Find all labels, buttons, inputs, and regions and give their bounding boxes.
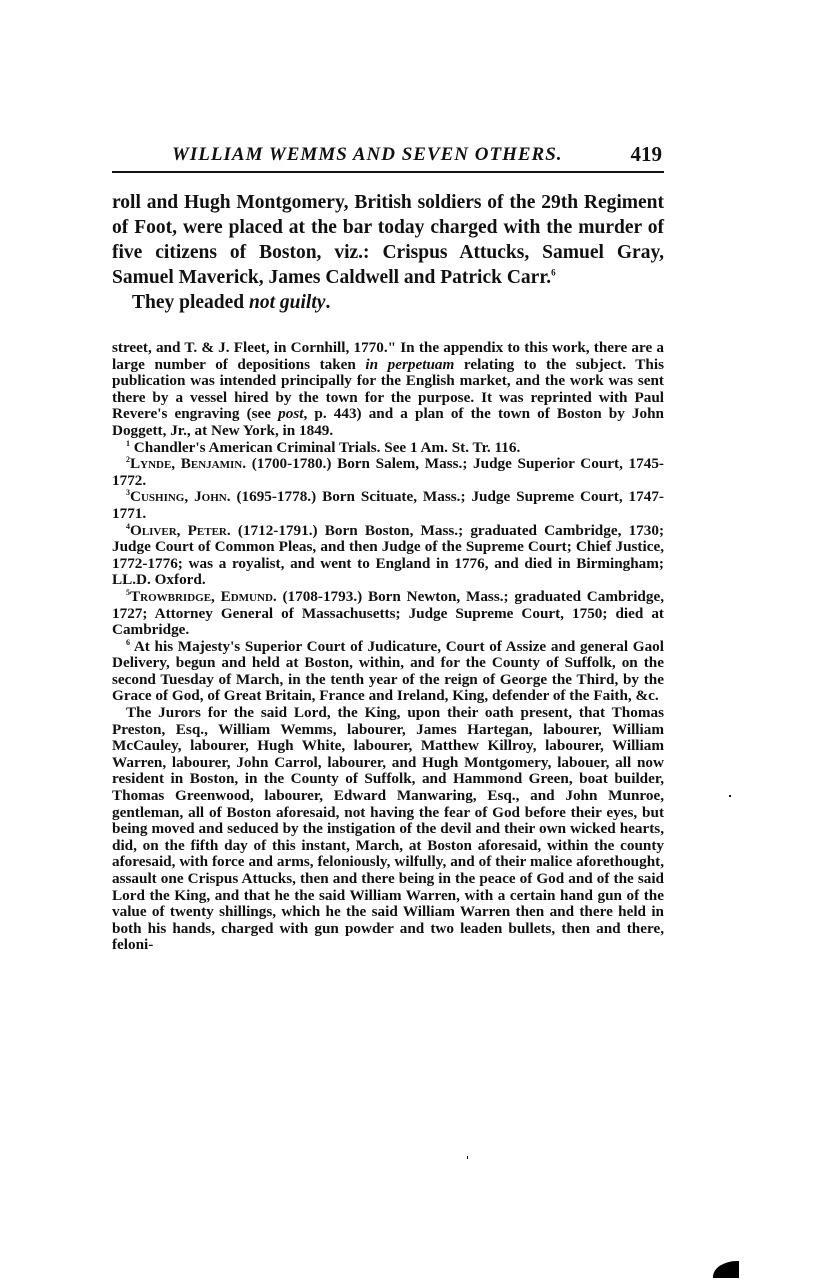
footnote-text: Chandler's American Criminal Trials. See… (134, 439, 520, 456)
main-text: roll and Hugh Montgomery, British soldie… (112, 190, 664, 315)
footnote-name: Trowbridge, Edmund. (130, 588, 277, 605)
indictment-text: The Jurors for the said Lord, the King, … (112, 705, 664, 954)
footnotes: street, and T. & J. Fleet, in Cornhill, … (112, 340, 664, 954)
footnote-6: 6 At his Majesty's Superior Court of Jud… (112, 639, 664, 705)
header-rule (112, 171, 664, 173)
footnote-2: 2Lynde, Benjamin. (1700-1780.) Born Sale… (112, 456, 664, 489)
plea-italic: not guilty (249, 292, 325, 313)
footnote-reference: 6 (551, 268, 556, 278)
book-page: WILLIAM WEMMS AND SEVEN OTHERS. 419 roll… (112, 140, 664, 954)
paragraph-1: roll and Hugh Montgomery, British soldie… (112, 190, 664, 290)
running-title: WILLIAM WEMMS AND SEVEN OTHERS. (172, 144, 563, 166)
footnote-name: Lynde, Benjamin. (130, 455, 246, 472)
plea-suffix: . (325, 292, 330, 313)
plea-prefix: They pleaded (132, 292, 249, 313)
footnote-text: At his Majesty's Superior Court of Judic… (112, 638, 664, 705)
continuation-italic-2: post (278, 405, 303, 422)
scan-artifact (713, 1261, 739, 1278)
footnote-mark: 6 (126, 638, 130, 647)
footnote-continuation: street, and T. & J. Fleet, in Cornhill, … (112, 340, 664, 440)
continuation-italic-1: in perpetuam (365, 356, 454, 373)
footnote-name: Oliver, Peter. (130, 522, 231, 539)
footnote-4: 4Oliver, Peter. (1712-1791.) Born Boston… (112, 523, 664, 589)
footnote-mark: 1 (126, 439, 130, 448)
paragraph-2: They pleaded not guilty. (112, 290, 664, 315)
footnote-5: 5Trowbridge, Edmund. (1708-1793.) Born N… (112, 589, 664, 639)
scan-speck (467, 1156, 468, 1159)
footnote-name: Cushing, John. (130, 488, 231, 505)
scan-speck (729, 795, 731, 797)
running-head: WILLIAM WEMMS AND SEVEN OTHERS. 419 (112, 140, 664, 170)
footnote-1: 1 Chandler's American Criminal Trials. S… (112, 440, 664, 457)
page-number: 419 (631, 142, 663, 167)
paragraph-1-text: roll and Hugh Montgomery, British soldie… (112, 192, 664, 288)
footnote-3: 3Cushing, John. (1695-1778.) Born Scitua… (112, 489, 664, 522)
